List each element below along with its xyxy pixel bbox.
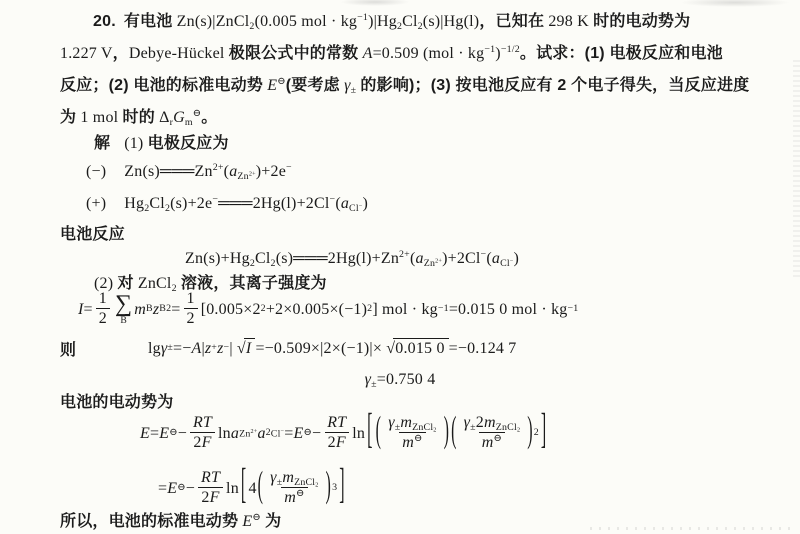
problem-line-2: 1.227 V，Debye-Hückel 极限公式中的常数 A=0.509 (m… (60, 42, 723, 65)
cell-reaction-equation: Zn(s)+Hg2Cl2(s)═══2Hg(l)+Zn2+(aZn2+)+2Cl… (185, 247, 519, 270)
then-label: 则 (60, 339, 76, 362)
scan-smudge-top-left (340, 0, 410, 6)
anode-equation: Zn(s)═══Zn2+(aZn2+)+2e− (124, 163, 292, 180)
scan-edge-noise (793, 60, 800, 280)
solve-label: 解 (94, 135, 110, 152)
problem-line-1: 20.有电池 Zn(s)|ZnCl2(0.005 mol · kg−1)|Hg2… (60, 10, 690, 33)
step1-label: (1) 电极反应为 (124, 135, 228, 152)
gamma-value-equation: γ±=0.750 4 (0, 368, 800, 391)
scan-dots-bottom (590, 527, 790, 530)
ionic-strength-equation: I = 12∑BmBzB2 = 12[0.005×22+2×0.005×(−1)… (78, 286, 578, 332)
solution-step1-line: 解(1) 电极反应为 (94, 132, 229, 155)
cathode-reaction-line: (+)Hg2Cl2(s)+2e−═══2Hg(l)+2Cl−(aCl−) (86, 192, 368, 215)
cell-reaction-label: 电池反应 (60, 223, 125, 246)
emf-equation-line-1: E =E⊖−RT2FlnaZn2+a2Cl−=E⊖−RT2Fln[(γ±mZnC… (140, 404, 548, 462)
scanned-textbook-page: 20.有电池 Zn(s)|ZnCl2(0.005 mol · kg−1)|Hg2… (0, 0, 800, 534)
cathode-sign: (+) (86, 195, 106, 212)
lg-gamma-equation: lgγ±=−A|z+z−| √I =−0.509×|2×(−1)|× √0.01… (148, 330, 517, 366)
problem-line-4: 为 1 mol 时的 ΔrGm⊖。 (60, 106, 218, 129)
problem-line-1-text: 有电池 Zn(s)|ZnCl2(0.005 mol · kg−1)|Hg2Cl2… (124, 13, 690, 30)
conclusion-label: 所以，电池的标准电动势 E⊖ 为 (60, 510, 281, 533)
scan-smudge-top-right (680, 0, 790, 7)
problem-line-3: 反应；(2) 电池的标准电动势 E⊖(要考虑 γ± 的影响)；(3) 按电池反应… (60, 74, 749, 97)
problem-number: 20. (60, 13, 124, 30)
anode-reaction-line: (−)Zn(s)═══Zn2+(aZn2+)+2e− (86, 160, 292, 183)
cathode-equation: Hg2Cl2(s)+2e−═══2Hg(l)+2Cl−(aCl−) (124, 195, 368, 212)
emf-equation-line-2: =E⊖−RT2Fln[4(γ±mZnCl2m⊖)3] (158, 460, 347, 516)
anode-sign: (−) (86, 163, 106, 180)
